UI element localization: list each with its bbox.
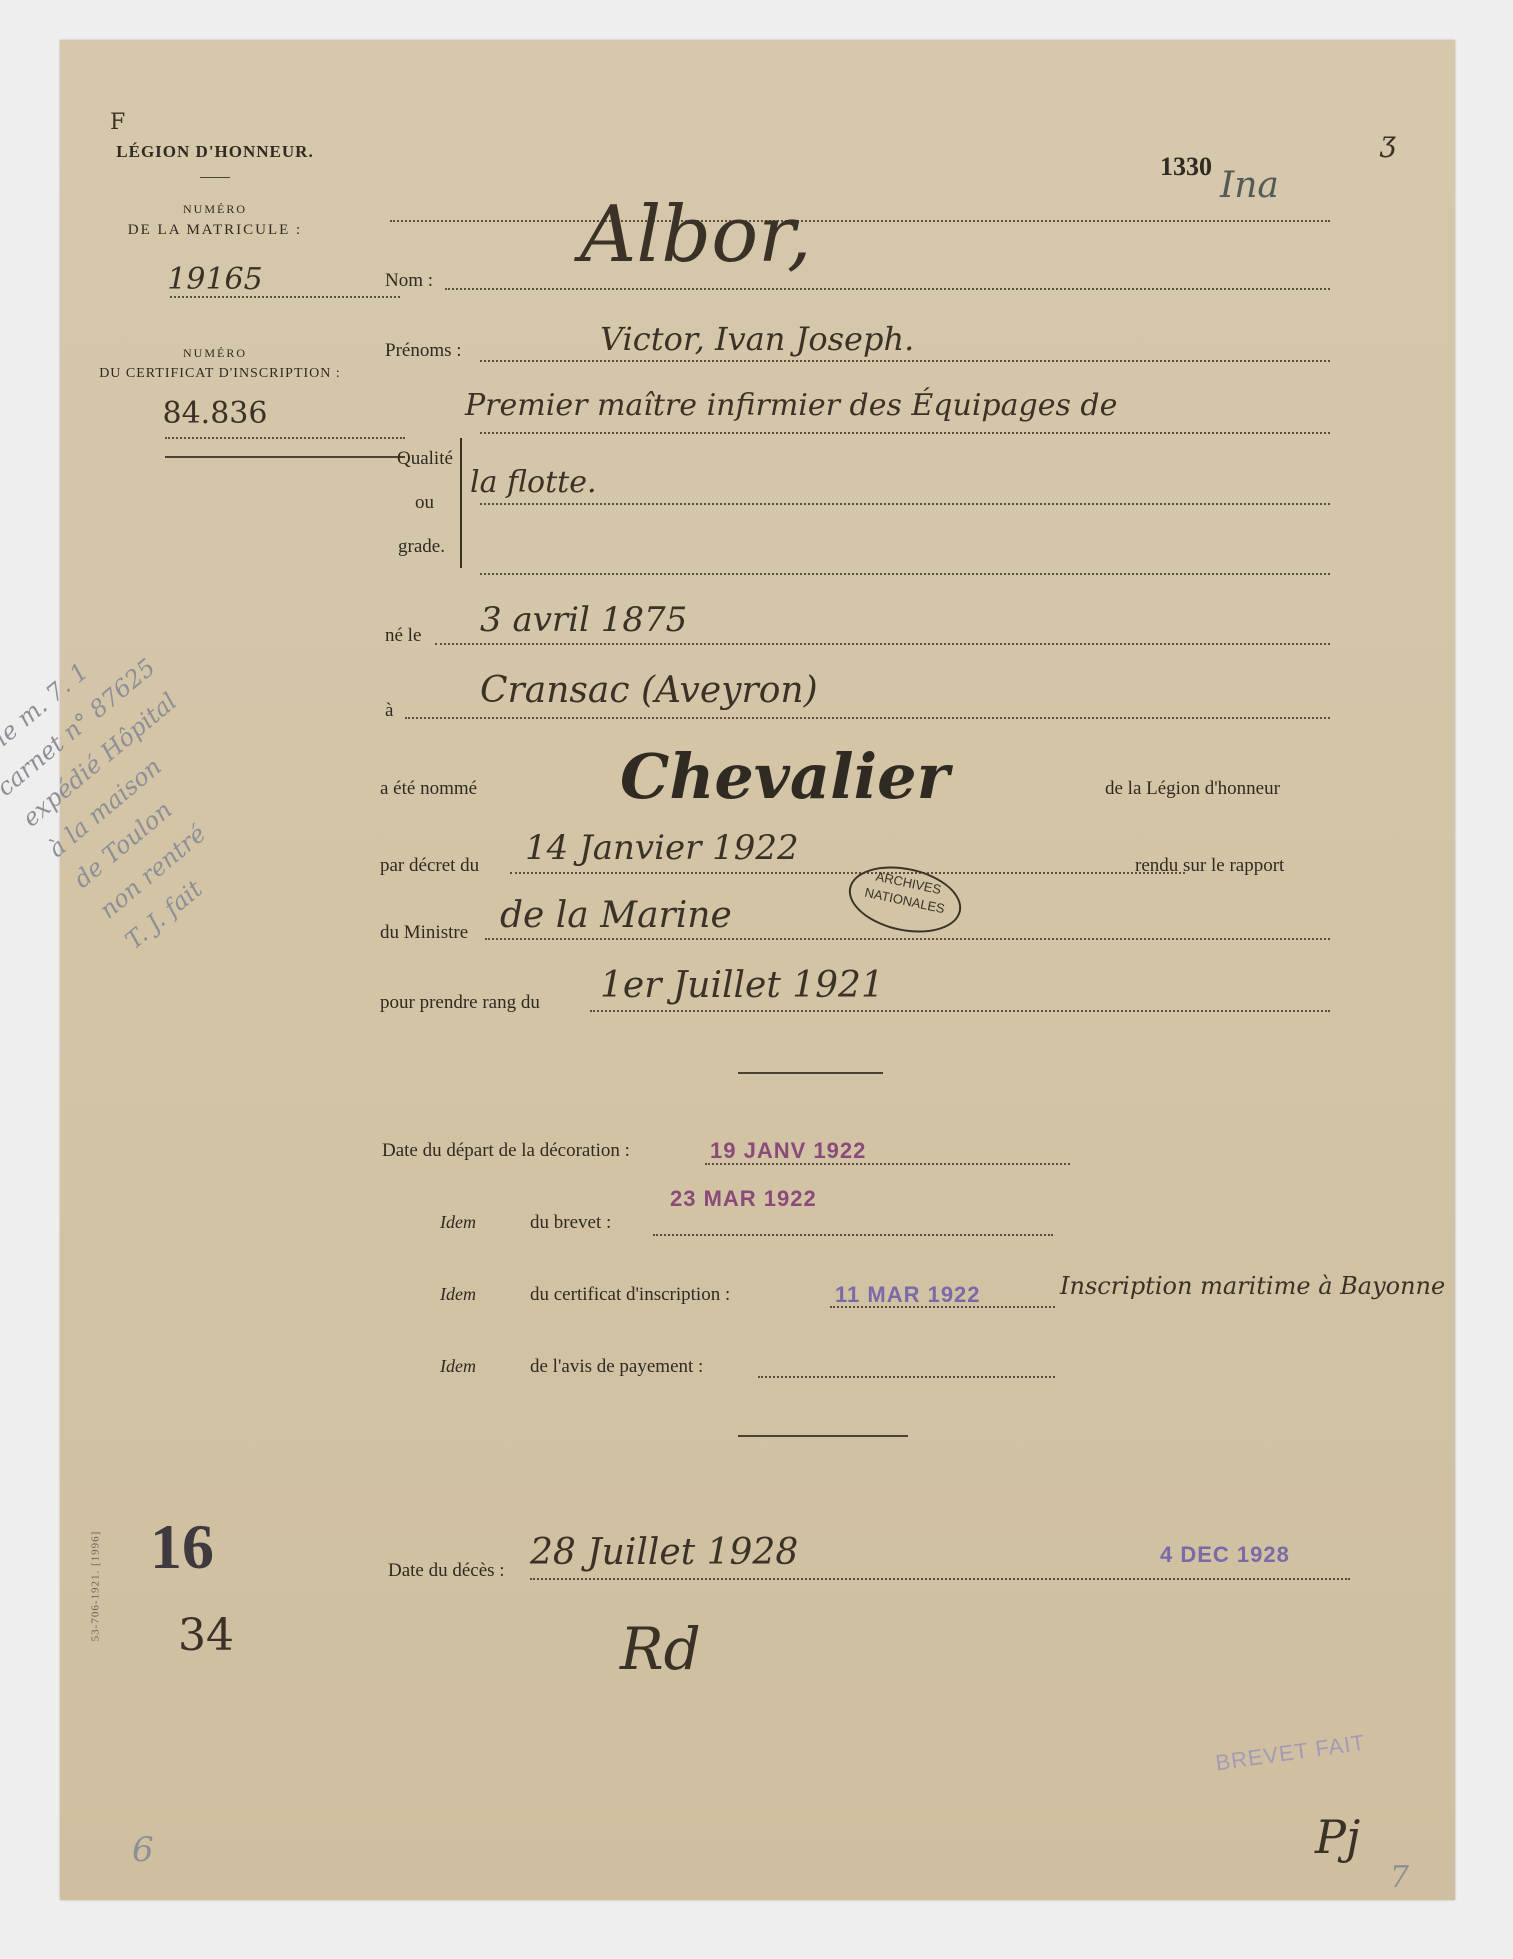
archives-nationales-stamp: ARCHIVES NATIONALES — [843, 857, 968, 942]
certificat-divider — [165, 456, 405, 458]
top-right-mark: ʒ — [1380, 125, 1396, 158]
rang-label: pour prendre rang du — [380, 992, 540, 1014]
deces-label: Date du décès : — [388, 1560, 505, 1582]
qualite-value-1: Premier maître infirmier des Équipages d… — [465, 388, 1117, 423]
brevet-label: du brevet : — [530, 1212, 611, 1234]
payement-idem: Idem — [440, 1356, 476, 1377]
prenoms-label: Prénoms : — [385, 340, 462, 362]
brevet-fait-stamp: BREVET FAIT — [1214, 1730, 1367, 1777]
lieu-value: Cransac (Aveyron) — [480, 670, 818, 711]
decoration-stamp: 19 JANV 1922 — [710, 1138, 866, 1164]
title-divider — [200, 177, 230, 178]
prenoms-line — [480, 360, 1330, 362]
matricule-line — [170, 296, 400, 298]
certificat-label-2: DU CERTIFICAT D'INSCRIPTION : — [70, 366, 370, 382]
decoration-line — [705, 1163, 1070, 1165]
deces-stamp: 4 DEC 1928 — [1160, 1542, 1290, 1568]
qualite-line-1 — [480, 432, 1330, 434]
corner-mark: F — [110, 110, 125, 135]
certificat-note: Inscription maritime à Bayonne — [1060, 1272, 1445, 1300]
section-divider-2 — [738, 1435, 908, 1437]
qualite-brace — [460, 438, 470, 568]
ne-le-label: né le — [385, 625, 421, 647]
matricule-label-2: DE LA MATRICULE : — [90, 222, 340, 239]
qualite-label-3: grade. — [398, 536, 445, 558]
matricule-label-1: NUMÉRO — [90, 202, 340, 217]
certificat-dispatch-label: du certificat d'inscription : — [530, 1284, 730, 1306]
ne-le-line — [435, 643, 1330, 645]
nom-line — [445, 288, 1330, 290]
payement-line — [758, 1376, 1055, 1378]
footer-initials: Pj — [1315, 1810, 1360, 1864]
nom-label: Nom : — [385, 270, 433, 292]
certificat-stamp: 11 MAR 1922 — [835, 1282, 981, 1308]
corner-pencil: 7 — [1390, 1860, 1409, 1895]
nomme-label: a été nommé — [380, 778, 477, 800]
certificat-idem: Idem — [440, 1284, 476, 1305]
box-number: 16 — [150, 1510, 214, 1584]
bottom-pencil-number: 6 — [132, 1830, 154, 1870]
box-number-sub: 34 — [178, 1610, 234, 1661]
document-sheet: F LÉGION D'HONNEUR. NUMÉRO DE LA MATRICU… — [60, 40, 1455, 1900]
qualite-label-2: ou — [415, 492, 434, 514]
grade-title: Chevalier — [620, 740, 949, 813]
deces-value: 28 Juillet 1928 — [530, 1532, 798, 1573]
rang-line — [590, 1010, 1330, 1012]
printer-mark: 53-706-1921. [1996] — [89, 1531, 101, 1642]
nomme-suffix: de la Légion d'honneur — [1105, 778, 1280, 800]
matricule-value: 19165 — [90, 262, 340, 297]
qualite-value-2: la flotte. — [470, 465, 597, 500]
certificat-dispatch-line — [830, 1306, 1055, 1308]
brevet-stamp: 23 MAR 1922 — [670, 1186, 817, 1212]
brevet-idem: Idem — [440, 1212, 476, 1233]
decret-suffix: rendu sur le rapport — [1135, 855, 1284, 877]
ministre-value: de la Marine — [500, 895, 732, 936]
decoration-label: Date du départ de la décoration : — [382, 1140, 630, 1162]
header-line — [390, 220, 1330, 222]
payement-label: de l'avis de payement : — [530, 1356, 703, 1378]
qualite-line-3 — [480, 573, 1330, 575]
certificat-value: 84.836 — [90, 396, 340, 431]
file-number-scrawl: Ina — [1220, 165, 1279, 206]
rang-value: 1er Juillet 1921 — [600, 965, 884, 1006]
file-number: 1330 — [1160, 152, 1212, 182]
lieu-label: à — [385, 700, 393, 722]
deces-line — [530, 1578, 1350, 1580]
ministre-line — [485, 938, 1330, 940]
decret-value: 14 Janvier 1922 — [525, 828, 799, 868]
document-title: LÉGION D'HONNEUR. — [90, 142, 340, 162]
qualite-line-2 — [480, 503, 1330, 505]
qualite-label-1: Qualité — [397, 448, 453, 470]
prenoms-value: Victor, Ivan Joseph. — [600, 320, 914, 358]
lieu-line — [405, 717, 1330, 719]
ne-le-value: 3 avril 1875 — [480, 600, 687, 640]
certificat-line — [165, 437, 405, 439]
certificat-label-1: NUMÉRO — [90, 346, 340, 361]
brevet-line — [653, 1234, 1053, 1236]
section-divider-1 — [738, 1072, 883, 1074]
decret-line — [510, 872, 1185, 874]
nom-value: Albor, — [580, 190, 812, 280]
deces-initials: Rd — [620, 1615, 701, 1683]
